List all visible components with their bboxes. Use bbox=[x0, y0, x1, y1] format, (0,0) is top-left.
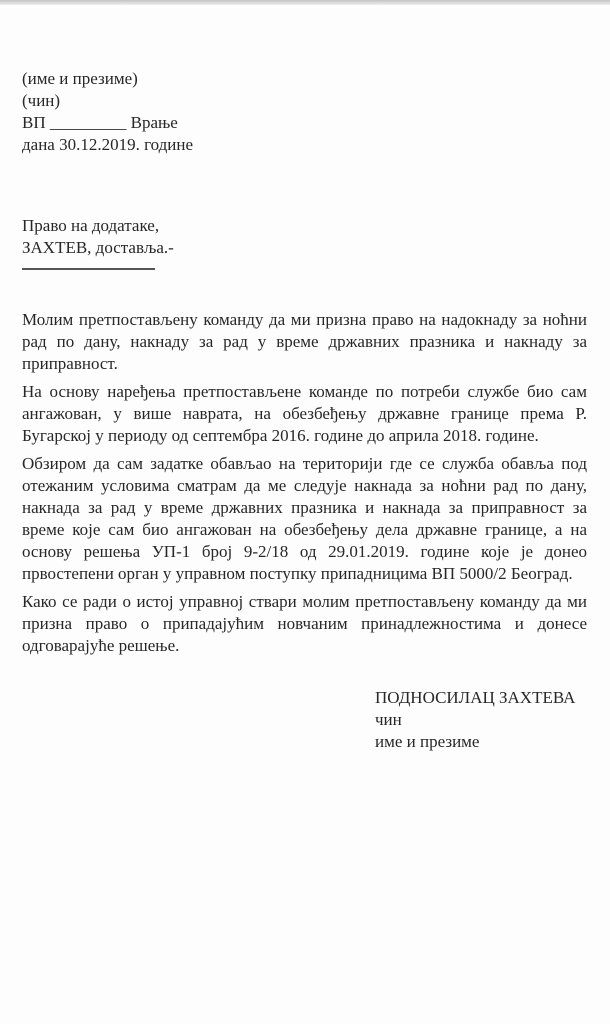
letter-body: (име и презиме) (чин) ВП _________ Врање… bbox=[0, 68, 610, 753]
document-page: { "document": { "header": { "name_placeh… bbox=[0, 0, 610, 1024]
paragraph-justification: Обзиром да сам задатке обављао на терито… bbox=[22, 453, 587, 585]
subject-line: Право на додатаке, bbox=[22, 215, 587, 237]
sender-name-placeholder: (име и презиме) bbox=[22, 68, 587, 90]
fill-in-blank-line bbox=[22, 268, 155, 270]
signature-title: ПОДНОСИЛАЦ ЗАХТЕВА bbox=[375, 687, 587, 709]
military-unit-line: ВП _________ Врање bbox=[22, 112, 587, 134]
sender-rank-placeholder: (чин) bbox=[22, 90, 587, 112]
request-line: ЗАХТЕВ, доставља.- bbox=[22, 237, 587, 259]
scan-top-edge-artifact bbox=[0, 0, 610, 5]
signature-name-placeholder: име и презиме bbox=[375, 731, 587, 753]
signature-block: ПОДНОСИЛАЦ ЗАХТЕВА чин име и презиме bbox=[375, 687, 587, 753]
paragraph-closing: Како се ради о истој управној ствари мол… bbox=[22, 591, 587, 657]
paragraph-engagement: На основу наређења претпостављене команд… bbox=[22, 381, 587, 447]
subject-block: Право на додатаке, ЗАХТЕВ, доставља.- bbox=[22, 215, 587, 270]
sender-header: (име и презиме) (чин) ВП _________ Врање… bbox=[22, 68, 587, 156]
paragraph-request: Молим претпостављену команду да ми призн… bbox=[22, 309, 587, 375]
signature-rank-placeholder: чин bbox=[375, 709, 587, 731]
date-line: дана 30.12.2019. године bbox=[22, 134, 587, 156]
letter-paragraphs: Молим претпостављену команду да ми призн… bbox=[22, 309, 587, 657]
